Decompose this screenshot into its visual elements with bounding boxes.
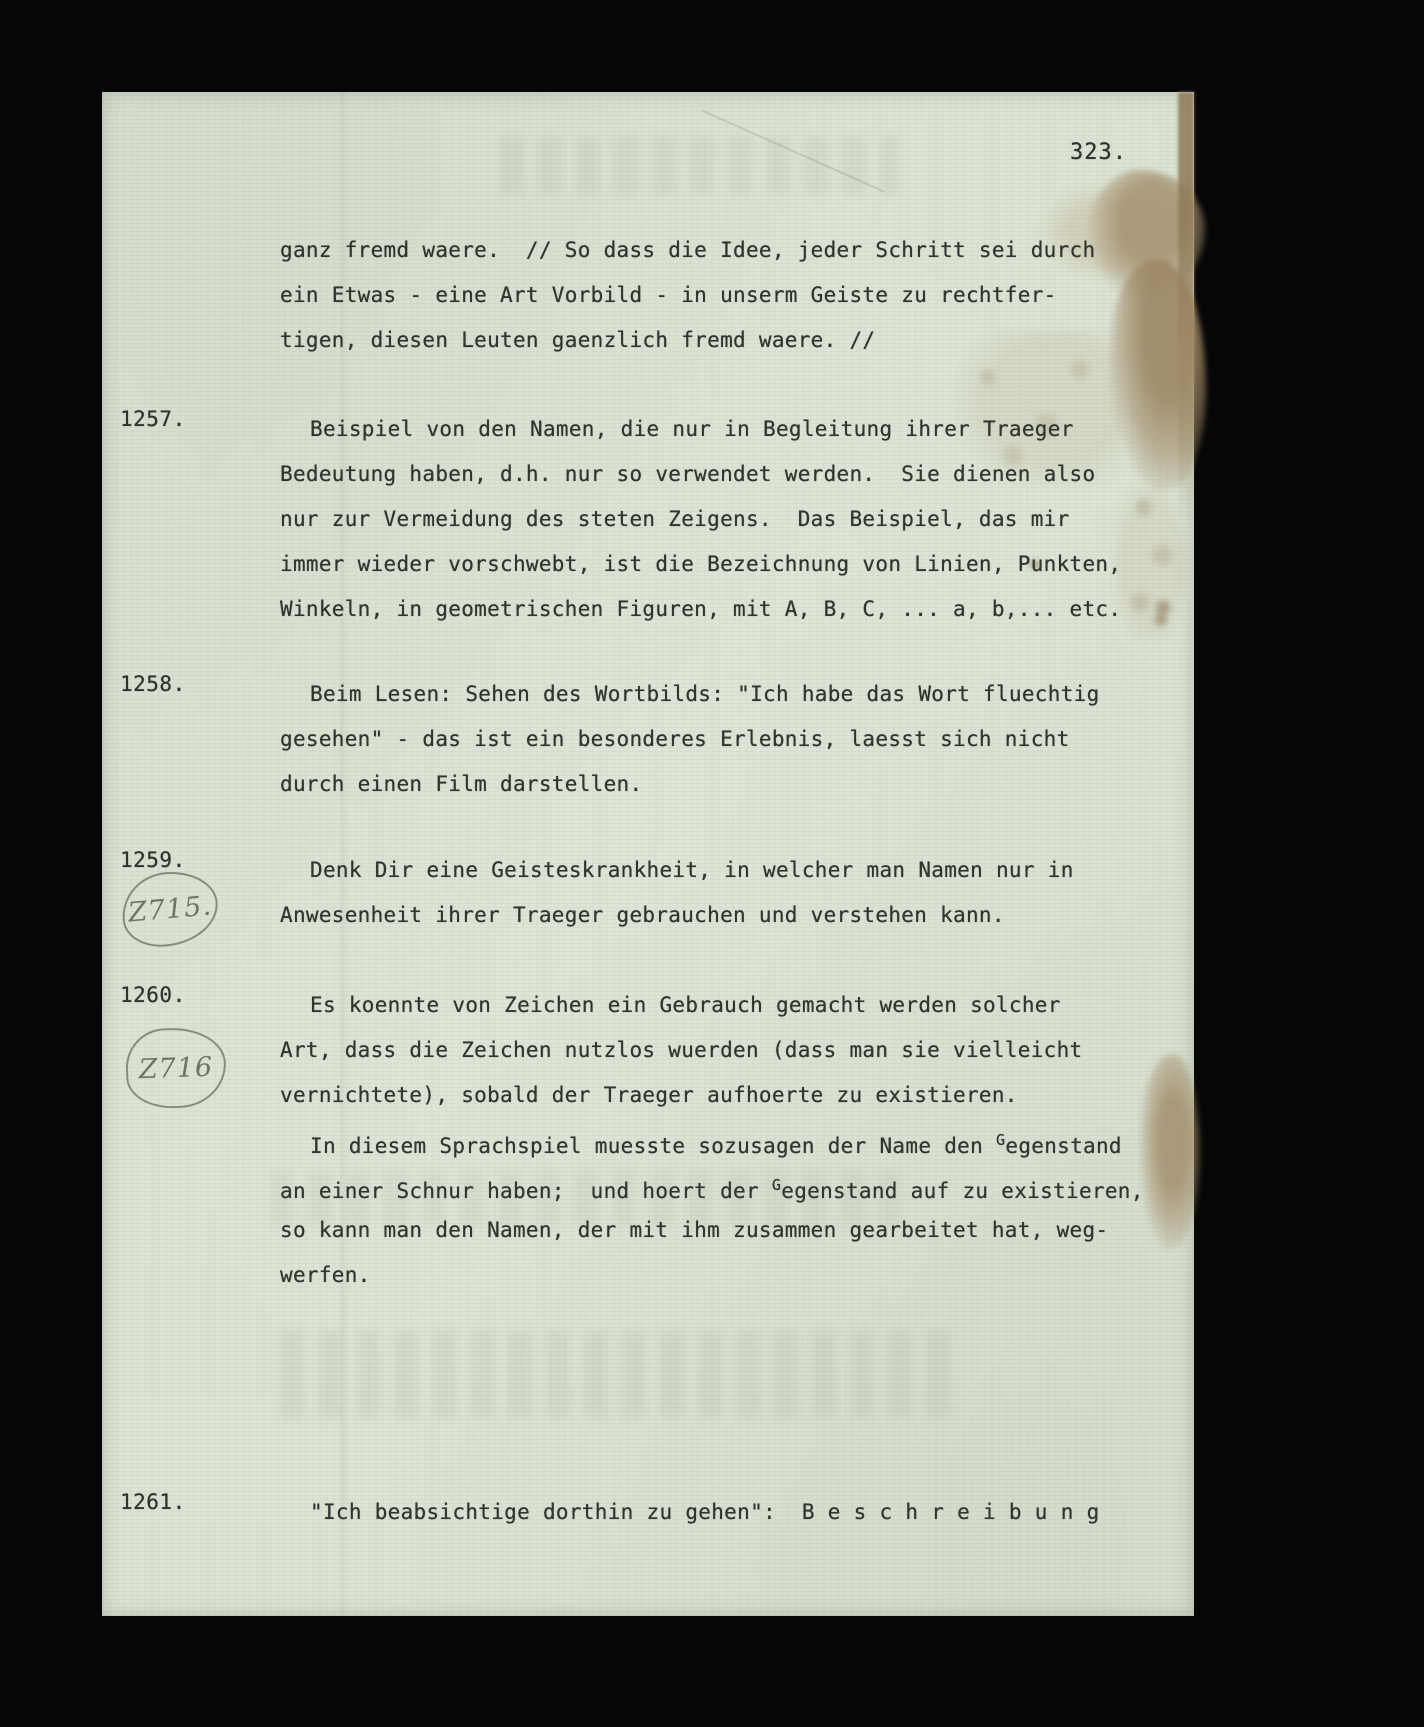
bleed-through-text [500, 136, 900, 194]
handwritten-zettel-number-label: Z715. [127, 890, 213, 928]
text-line: durch einen Film darstellen. [280, 762, 1172, 807]
text-line: "Ich beabsichtige dorthin zu gehen": B e… [280, 1490, 1172, 1535]
text-line: nur zur Vermeidung des steten Zeigens. D… [280, 497, 1172, 542]
text-line: an einer Schnur haben; und hoert der Geg… [280, 1163, 1172, 1208]
page-number: 323. [1070, 140, 1127, 165]
text-line: Anwesenheit ihrer Traeger gebrauchen und… [280, 893, 1172, 938]
text-line: so kann man den Namen, der mit ihm zusam… [280, 1208, 1172, 1253]
remark-number: 1258. [120, 672, 186, 696]
remark-number: 1260. [120, 983, 186, 1007]
paragraph-lines: Denk Dir eine Geisteskrankheit, in welch… [280, 848, 1172, 938]
text-line: ein Etwas - eine Art Vorbild - in unserm… [280, 273, 1172, 318]
paragraph-lines: ganz fremd waere. // So dass die Idee, j… [280, 228, 1172, 363]
remark-number: 1261. [120, 1490, 186, 1514]
text-line: Beispiel von den Namen, die nur in Begle… [280, 407, 1172, 452]
paragraph-lines: Beim Lesen: Sehen des Wortbilds: "Ich ha… [280, 672, 1172, 807]
text-line: Denk Dir eine Geisteskrankheit, in welch… [280, 848, 1172, 893]
paper-edge-stain [1178, 92, 1194, 522]
paragraph-lines: Es koennte von Zeichen ein Gebrauch gema… [280, 983, 1172, 1298]
text-line: vernichtete), sobald der Traeger aufhoer… [280, 1073, 1172, 1118]
paragraph-lines: Beispiel von den Namen, die nur in Begle… [280, 407, 1172, 632]
handwritten-zettel-number-label: Z716 [138, 1051, 213, 1085]
text-line: immer wieder vorschwebt, ist die Bezeich… [280, 542, 1172, 587]
paragraph-lines: "Ich beabsichtige dorthin zu gehen": B e… [280, 1490, 1172, 1535]
text-line: gesehen" - das ist ein besonderes Erlebn… [280, 717, 1172, 762]
remark-number: 1259. [120, 848, 186, 872]
remark-number: 1257. [120, 407, 186, 431]
handwritten-zettel-number: Z716 [125, 1026, 228, 1109]
document-page: 323. ganz fremd waere. // So dass die Id… [102, 92, 1194, 1616]
text-line: Winkeln, in geometrischen Figuren, mit A… [280, 587, 1172, 632]
text-line: werfen. [280, 1253, 1172, 1298]
text-line: tigen, diesen Leuten gaenzlich fremd wae… [280, 318, 1172, 363]
text-line: ganz fremd waere. // So dass die Idee, j… [280, 228, 1172, 273]
handwritten-zettel-number: Z715. [119, 868, 221, 950]
bleed-through-text [280, 1330, 960, 1418]
text-line: In diesem Sprachspiel muesste sozusagen … [280, 1118, 1172, 1163]
text-line: Bedeutung haben, d.h. nur so verwendet w… [280, 452, 1172, 497]
text-line: Beim Lesen: Sehen des Wortbilds: "Ich ha… [280, 672, 1172, 717]
scanned-typescript-screenshot: { "page": { "number": "323.", "language"… [0, 0, 1424, 1727]
text-line: Art, dass die Zeichen nutzlos wuerden (d… [280, 1028, 1172, 1073]
text-line: Es koennte von Zeichen ein Gebrauch gema… [280, 983, 1172, 1028]
